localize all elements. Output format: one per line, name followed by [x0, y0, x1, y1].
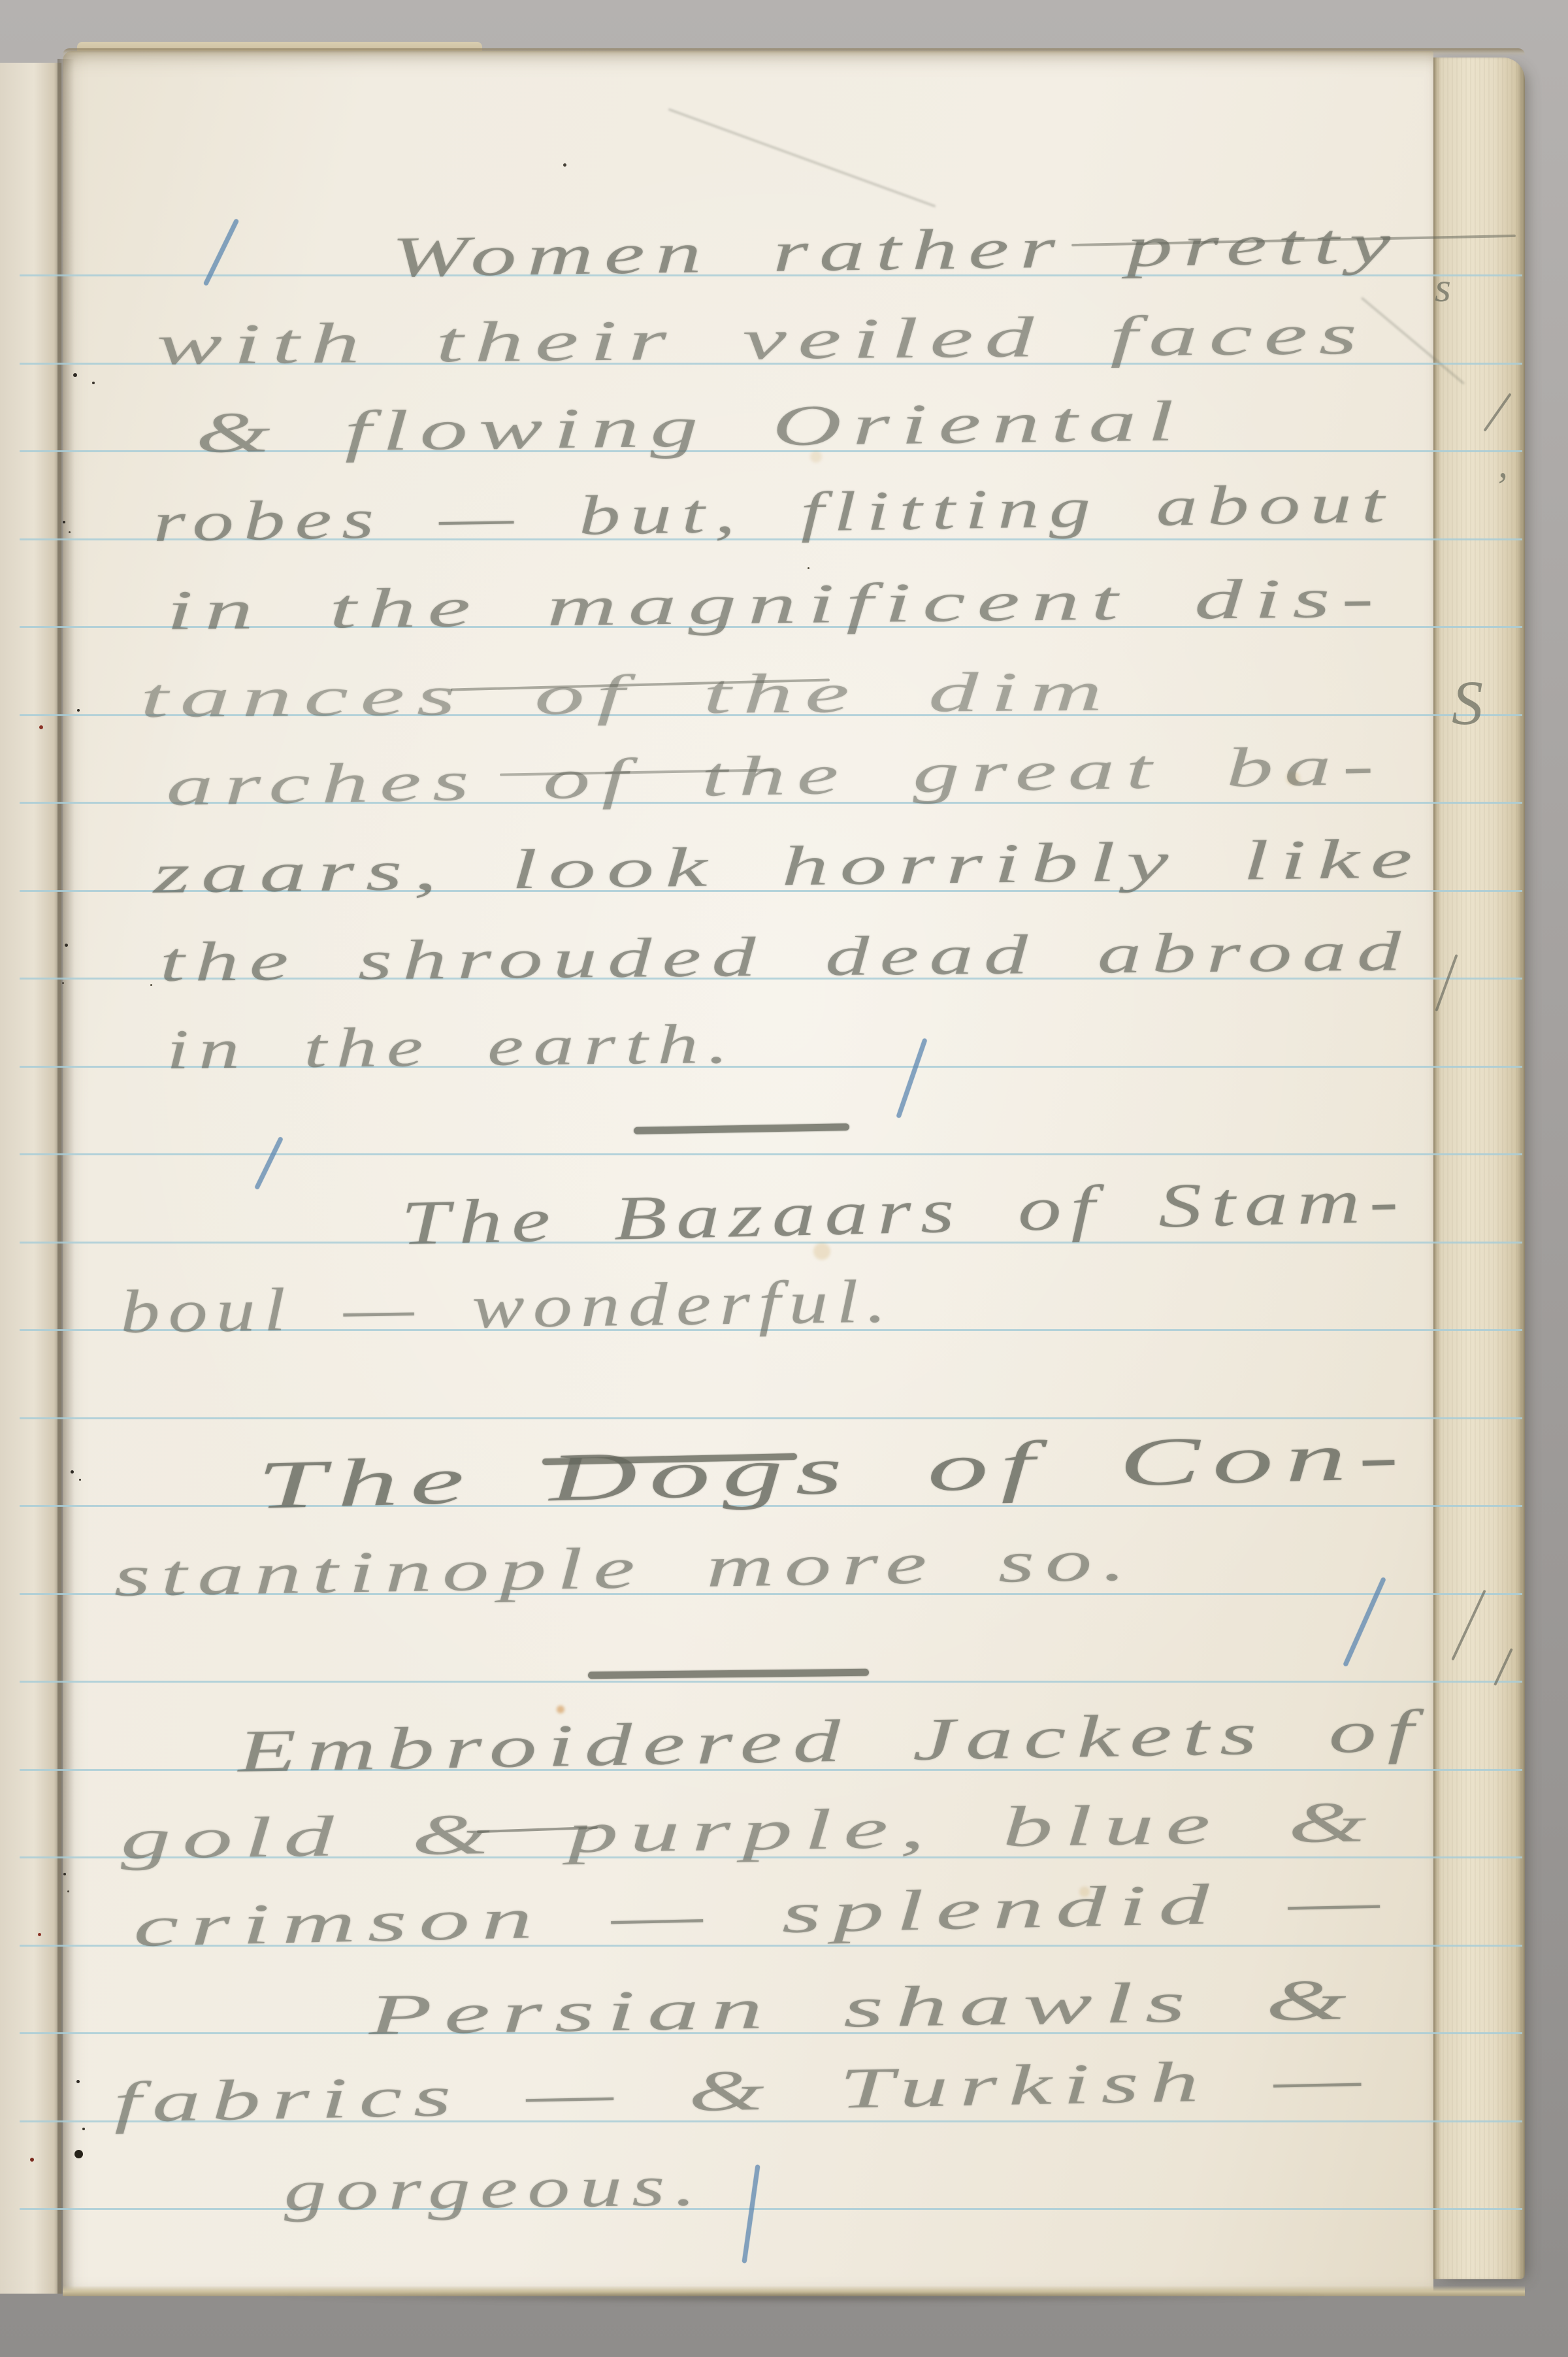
- edge-overflow-mark: s: [1435, 267, 1451, 308]
- handwriting-line: in the magnificent dis-: [166, 569, 1385, 638]
- handwriting-line: zaars, look horribly like: [153, 830, 1424, 902]
- edge-overflow-mark: ,: [1498, 444, 1508, 484]
- ruled-line: [20, 2208, 1522, 2210]
- ruled-line: [20, 1681, 1522, 1683]
- paper-speck: [150, 984, 152, 986]
- paper-speck: [67, 1890, 69, 1892]
- handwriting-line: & flowing Oriental: [195, 393, 1185, 463]
- handwriting-line: in the earth.: [166, 1015, 738, 1078]
- paper-speck: [63, 1873, 66, 1875]
- facing-page-edge: [0, 63, 61, 2294]
- paper-speck: [76, 2080, 80, 2083]
- paper-speck: [30, 2158, 34, 2162]
- paper-speck: [563, 163, 566, 167]
- handwriting-line: boul — wonderful.: [120, 1270, 895, 1343]
- paper-speck: [63, 521, 65, 523]
- ruled-line: [20, 1417, 1522, 1419]
- edge-overflow-mark: S: [1452, 672, 1483, 734]
- handwriting-line: the shrouded dead abroad: [159, 923, 1411, 990]
- paper-speck: [808, 567, 809, 569]
- ruled-line: [20, 1153, 1522, 1155]
- handwriting-line: Persian shawls &: [368, 1971, 1359, 2045]
- handwriting-line: Women rather pretty: [391, 215, 1401, 287]
- paper-speck: [74, 2150, 83, 2158]
- handwriting-line: with their veiled faces: [156, 306, 1368, 374]
- paper-speck: [39, 725, 43, 729]
- handwriting-line: tances of the dim: [140, 663, 1114, 726]
- notebook-photo: s,S Women rather prettywith their veiled…: [0, 0, 1568, 2357]
- handwriting-line: stantinople more so.: [114, 1531, 1137, 1606]
- paper-speck: [65, 944, 68, 947]
- handwriting-line: gorgeous.: [284, 2158, 706, 2220]
- paper-speck: [71, 1470, 74, 1474]
- paper-speck: [77, 709, 80, 712]
- page-top-edge: [63, 48, 1525, 56]
- paper-speck: [92, 382, 95, 384]
- page-drop-shadow: [72, 2295, 1522, 2315]
- paper-speck: [82, 2128, 85, 2130]
- paper-speck: [69, 531, 71, 533]
- paper-speck: [79, 1479, 81, 1481]
- binding-gutter-shadow: [57, 59, 74, 2294]
- paper-speck: [73, 373, 77, 377]
- paper-speck: [62, 982, 64, 984]
- paper-speck: [38, 1933, 41, 1936]
